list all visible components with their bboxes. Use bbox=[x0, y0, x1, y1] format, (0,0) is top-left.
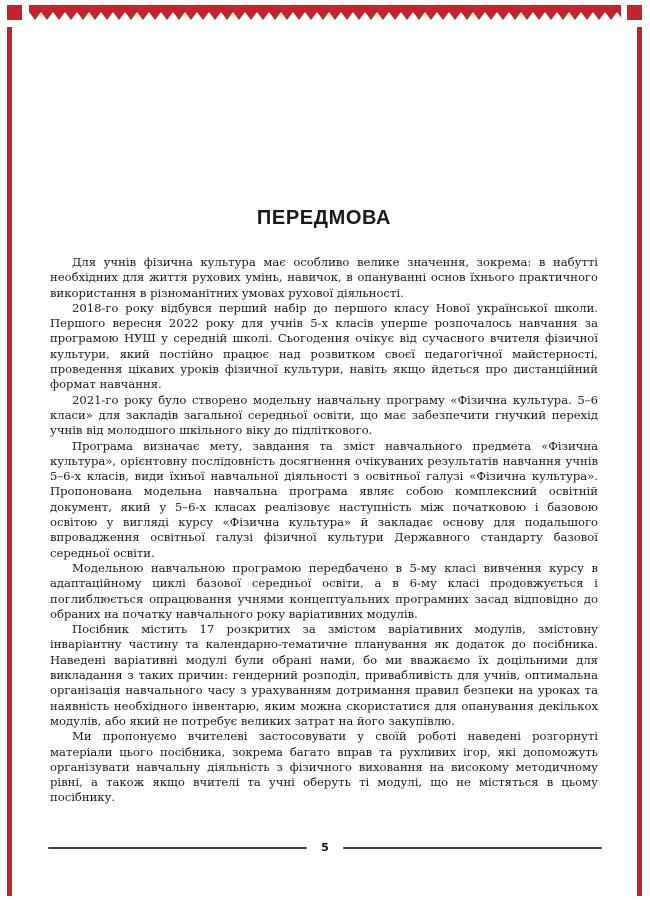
preface-text: Для учнів фізична культура має особливо … bbox=[50, 255, 598, 806]
paragraph: Програма визначає мету, завдання та зміс… bbox=[50, 439, 598, 561]
zigzag-top-border bbox=[29, 5, 621, 20]
paragraph: Ми пропонуємо вчителеві застосовувати у … bbox=[50, 729, 598, 805]
paragraph: 2018-го року відбувся перший набір до пе… bbox=[50, 301, 598, 393]
paragraph: Модельною навчальною програмою передбаче… bbox=[50, 561, 598, 622]
page-title: ПЕРЕДМОВА bbox=[50, 207, 598, 230]
page-number: 5 bbox=[307, 842, 343, 853]
top-right-corner-ornament bbox=[627, 5, 642, 20]
book-page: ПЕРЕДМОВА Для учнів фізична культура має… bbox=[0, 0, 650, 900]
footer-rule-right bbox=[343, 847, 602, 849]
zigzag-border-graphic bbox=[29, 5, 621, 20]
paragraph: 2021-го року було створено модельну навч… bbox=[50, 393, 598, 439]
top-left-corner-ornament bbox=[7, 5, 22, 20]
right-border-rule bbox=[637, 27, 642, 896]
left-border-rule bbox=[7, 27, 12, 896]
footer-rule-left bbox=[48, 847, 307, 849]
paragraph: Для учнів фізична культура має особливо … bbox=[50, 255, 598, 301]
page-footer: 5 bbox=[48, 840, 602, 855]
paragraph: Посібник містить 17 розкритих за змістом… bbox=[50, 622, 598, 729]
